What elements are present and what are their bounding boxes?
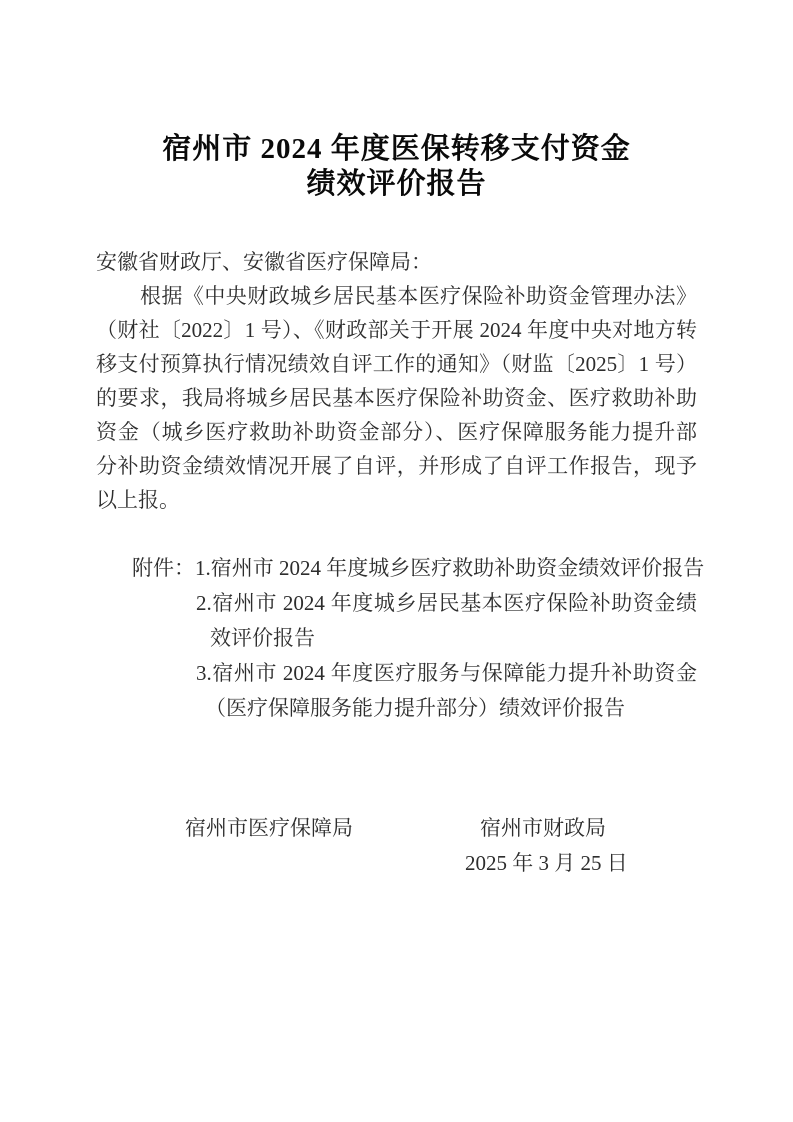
- attachment-line: 效评价报告: [96, 621, 697, 656]
- body-line: 资金（城乡医疗救助补助资金部分）、医疗保障服务能力提升部: [96, 415, 697, 449]
- attachment-line: 附件：1.宿州市 2024 年度城乡医疗救助补助资金绩效评价报告: [96, 551, 697, 586]
- attachment-line: 3.宿州市 2024 年度医疗服务与保障能力提升补助资金: [96, 656, 697, 691]
- body-line: 移支付预算执行情况绩效自评工作的通知》（财监〔2025〕1 号）: [96, 347, 697, 381]
- body-line: 分补助资金绩效情况开展了自评，并形成了自评工作报告，现予: [96, 449, 697, 483]
- body-line: （财社〔2022〕1 号）、《财政部关于开展 2024 年度中央对地方转: [96, 313, 697, 347]
- attachments-block: 附件：1.宿州市 2024 年度城乡医疗救助补助资金绩效评价报告 2.宿州市 2…: [96, 551, 697, 726]
- signature-date: 2025 年 3 月 25 日: [465, 846, 628, 880]
- body-line: 根据《中央财政城乡居民基本医疗保险补助资金管理办法》: [96, 279, 697, 313]
- document-title: 宿州市 2024 年度医保转移支付资金 绩效评价报告: [0, 132, 793, 202]
- title-line-2: 绩效评价报告: [0, 167, 793, 202]
- attachment-line: 2.宿州市 2024 年度城乡居民基本医疗保险补助资金绩: [96, 586, 697, 621]
- signature-left-org: 宿州市医疗保障局: [185, 811, 353, 845]
- body-line: 的要求，我局将城乡居民基本医疗保险补助资金、医疗救助补助: [96, 381, 697, 415]
- body-line: 以上报。: [96, 483, 697, 517]
- title-line-1: 宿州市 2024 年度医保转移支付资金: [0, 132, 793, 167]
- attachment-line: （医疗保障服务能力提升部分）绩效评价报告: [96, 691, 697, 726]
- salutation-line: 安徽省财政厅、安徽省医疗保障局：: [96, 245, 697, 279]
- signature-right-org: 宿州市财政局: [480, 811, 606, 845]
- body-paragraph: 安徽省财政厅、安徽省医疗保障局： 根据《中央财政城乡居民基本医疗保险补助资金管理…: [96, 245, 697, 517]
- document-page: 宿州市 2024 年度医保转移支付资金 绩效评价报告 安徽省财政厅、安徽省医疗保…: [0, 0, 793, 1122]
